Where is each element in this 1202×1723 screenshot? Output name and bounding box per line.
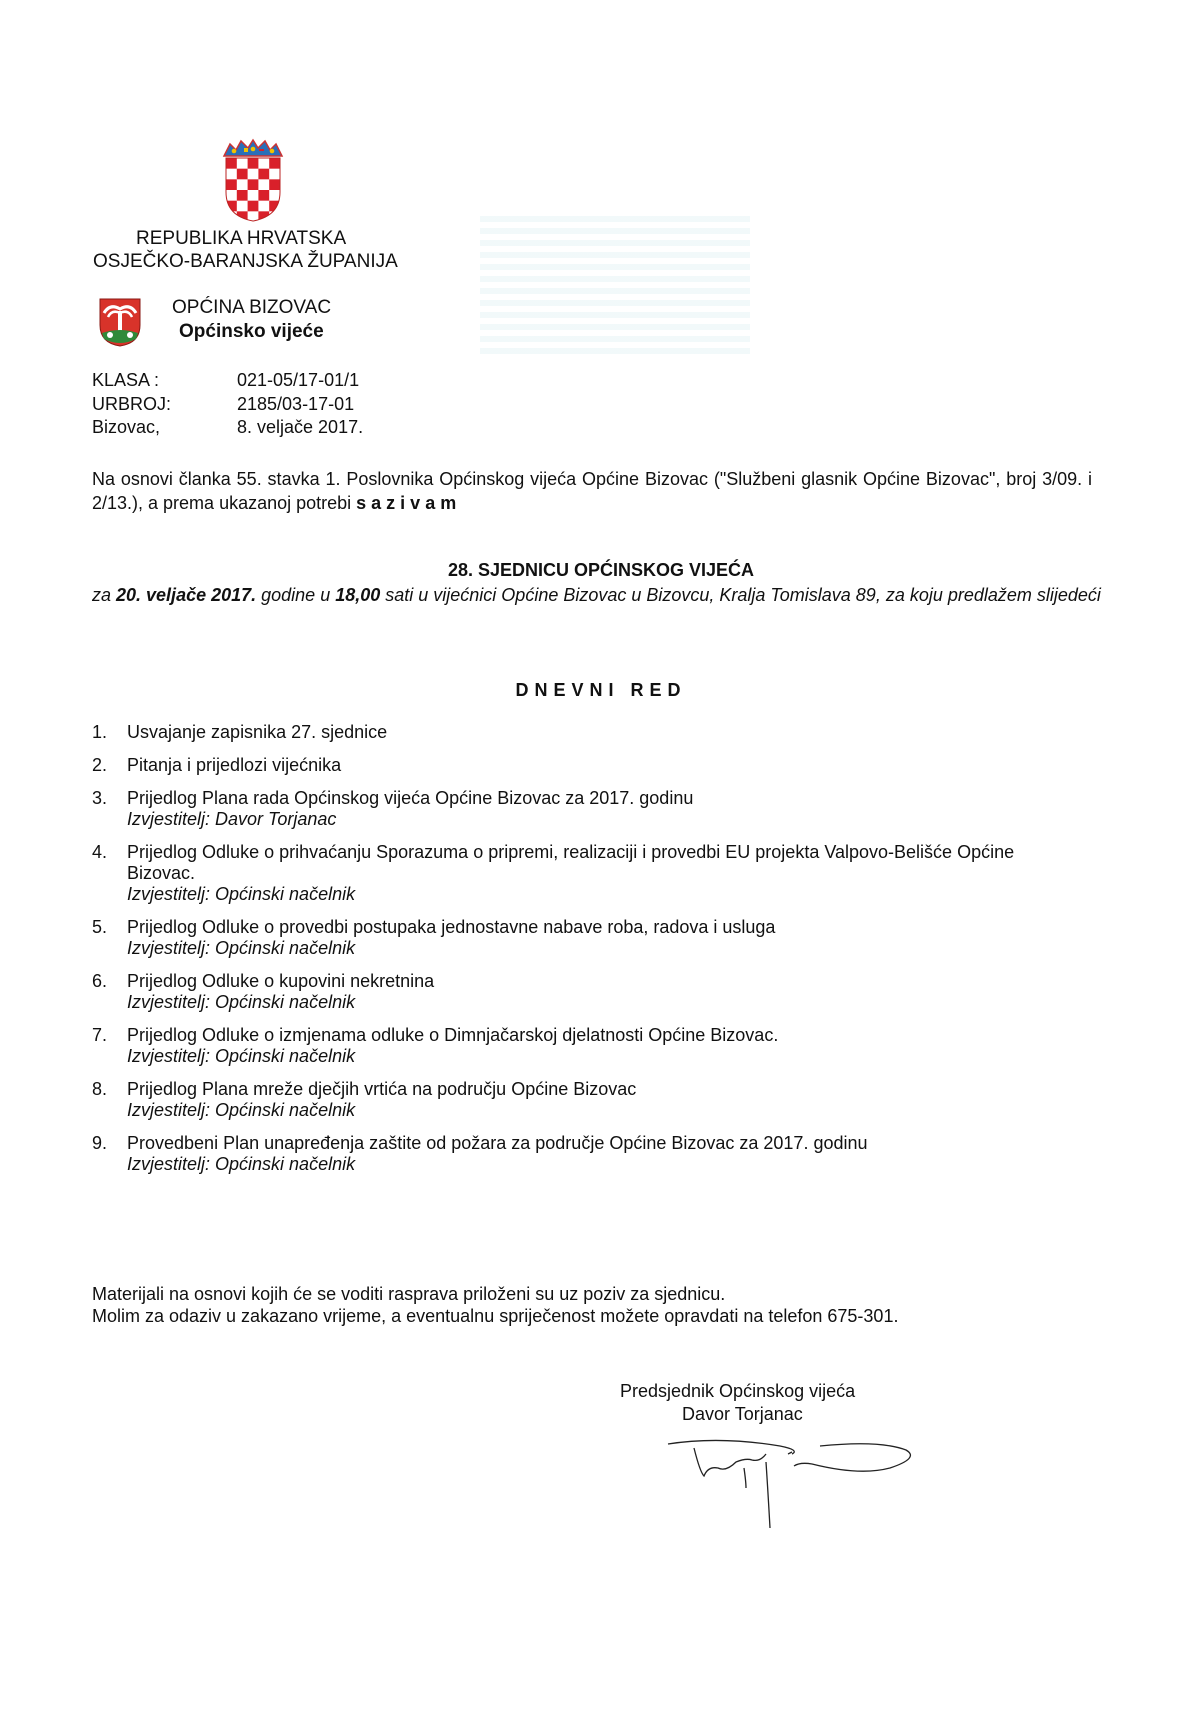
council-name: Općinsko vijeće (179, 320, 324, 343)
agenda-item-reporter: Izvjestitelj: Davor Torjanac (127, 809, 1102, 830)
place-label: Bizovac, (92, 417, 160, 438)
urbroj-value: 2185/03-17-01 (237, 394, 354, 415)
agenda-item-reporter: Izvjestitelj: Općinski načelnik (127, 1100, 1102, 1121)
agenda-item-number: 9. (92, 1133, 107, 1154)
session-details: za 20. veljače 2017. godine u 18,00 sati… (92, 584, 1102, 606)
agenda-item: 5.Prijedlog Odluke o provedbi postupaka … (92, 917, 1102, 959)
agenda-item: 6.Prijedlog Odluke o kupovini nekretnina… (92, 971, 1102, 1013)
agenda-item-reporter: Izvjestitelj: Općinski načelnik (127, 1046, 1102, 1067)
agenda-item: 7.Prijedlog Odluke o izmjenama odluke o … (92, 1025, 1102, 1067)
agenda-item: 3.Prijedlog Plana rada Općinskog vijeća … (92, 788, 1102, 830)
agenda-item-number: 2. (92, 755, 107, 776)
closing-line-1: Materijali na osnovi kojih će se voditi … (92, 1283, 898, 1305)
closing-line-2: Molim za odaziv u zakazano vrijeme, a ev… (92, 1305, 898, 1327)
country-heading: REPUBLIKA HRVATSKA (136, 227, 346, 250)
agenda-item-text: Usvajanje zapisnika 27. sjednice (127, 722, 1102, 743)
agenda-item-reporter: Izvjestitelj: Općinski načelnik (127, 992, 1102, 1013)
agenda-title: DNEVNI RED (0, 680, 1202, 701)
agenda-item-text: Prijedlog Plana mreže dječjih vrtića na … (127, 1079, 1102, 1100)
handwritten-signature (660, 1432, 990, 1542)
stamp-ghost (480, 210, 750, 360)
agenda-item-text: Provedbeni Plan unapređenja zaštite od p… (127, 1133, 1102, 1154)
signatory-title: Predsjednik Općinskog vijeća (620, 1380, 855, 1402)
agenda-item: 4.Prijedlog Odluke o prihvaćanju Sporazu… (92, 842, 1102, 905)
agenda-item-reporter: Izvjestitelj: Općinski načelnik (127, 884, 1102, 905)
agenda-item-text: Prijedlog Plana rada Općinskog vijeća Op… (127, 788, 1102, 809)
klasa-value: 021-05/17-01/1 (237, 370, 359, 391)
agenda-item-text: Prijedlog Odluke o kupovini nekretnina (127, 971, 1102, 992)
agenda-item-number: 6. (92, 971, 107, 992)
agenda-item-reporter: Izvjestitelj: Općinski načelnik (127, 1154, 1102, 1175)
agenda-item-number: 7. (92, 1025, 107, 1046)
croatia-coat-of-arms-icon (222, 138, 284, 222)
agenda-item-number: 8. (92, 1079, 107, 1100)
agenda-item-number: 4. (92, 842, 107, 863)
agenda-item-text: Prijedlog Odluke o prihvaćanju Sporazuma… (127, 842, 1052, 884)
signatory-name: Davor Torjanac (682, 1403, 803, 1425)
agenda-item-text: Pitanja i prijedlozi vijećnika (127, 755, 1102, 776)
intro-paragraph: Na osnovi članka 55. stavka 1. Poslovnik… (92, 467, 1092, 515)
intro-emphasis: sazivam (356, 493, 461, 513)
agenda-item-number: 3. (92, 788, 107, 809)
urbroj-label: URBROJ: (92, 394, 171, 415)
intro-text: Na osnovi članka 55. stavka 1. Poslovnik… (92, 469, 1092, 513)
municipality-name: OPĆINA BIZOVAC (172, 296, 331, 319)
date-value: 8. veljače 2017. (237, 417, 363, 438)
county-heading: OSJEČKO-BARANJSKA ŽUPANIJA (93, 250, 398, 273)
klasa-label: KLASA : (92, 370, 159, 391)
agenda-item-number: 1. (92, 722, 107, 743)
session-date: 20. veljače 2017. (116, 585, 256, 605)
session-time: 18,00 (335, 585, 380, 605)
agenda-item-number: 5. (92, 917, 107, 938)
session-prefix: za (92, 585, 116, 605)
session-mid: godine u (256, 585, 335, 605)
agenda-list: 1.Usvajanje zapisnika 27. sjednice2.Pita… (92, 722, 1102, 1175)
session-suffix: sati u vijećnici Općine Bizovac u Bizovc… (380, 585, 1101, 605)
agenda-item-reporter: Izvjestitelj: Općinski načelnik (127, 938, 1102, 959)
agenda-item: 2.Pitanja i prijedlozi vijećnika (92, 755, 1102, 776)
agenda-item-text: Prijedlog Odluke o provedbi postupaka je… (127, 917, 1102, 938)
agenda-item: 9.Provedbeni Plan unapređenja zaštite od… (92, 1133, 1102, 1175)
session-title: 28. SJEDNICU OPĆINSKOG VIJEĆA (0, 560, 1202, 581)
agenda-item-text: Prijedlog Odluke o izmjenama odluke o Di… (127, 1025, 1102, 1046)
closing-text: Materijali na osnovi kojih će se voditi … (92, 1283, 898, 1327)
agenda-item: 1.Usvajanje zapisnika 27. sjednice (92, 722, 1102, 743)
bizovac-coat-of-arms-icon (98, 297, 142, 347)
agenda-item: 8.Prijedlog Plana mreže dječjih vrtića n… (92, 1079, 1102, 1121)
